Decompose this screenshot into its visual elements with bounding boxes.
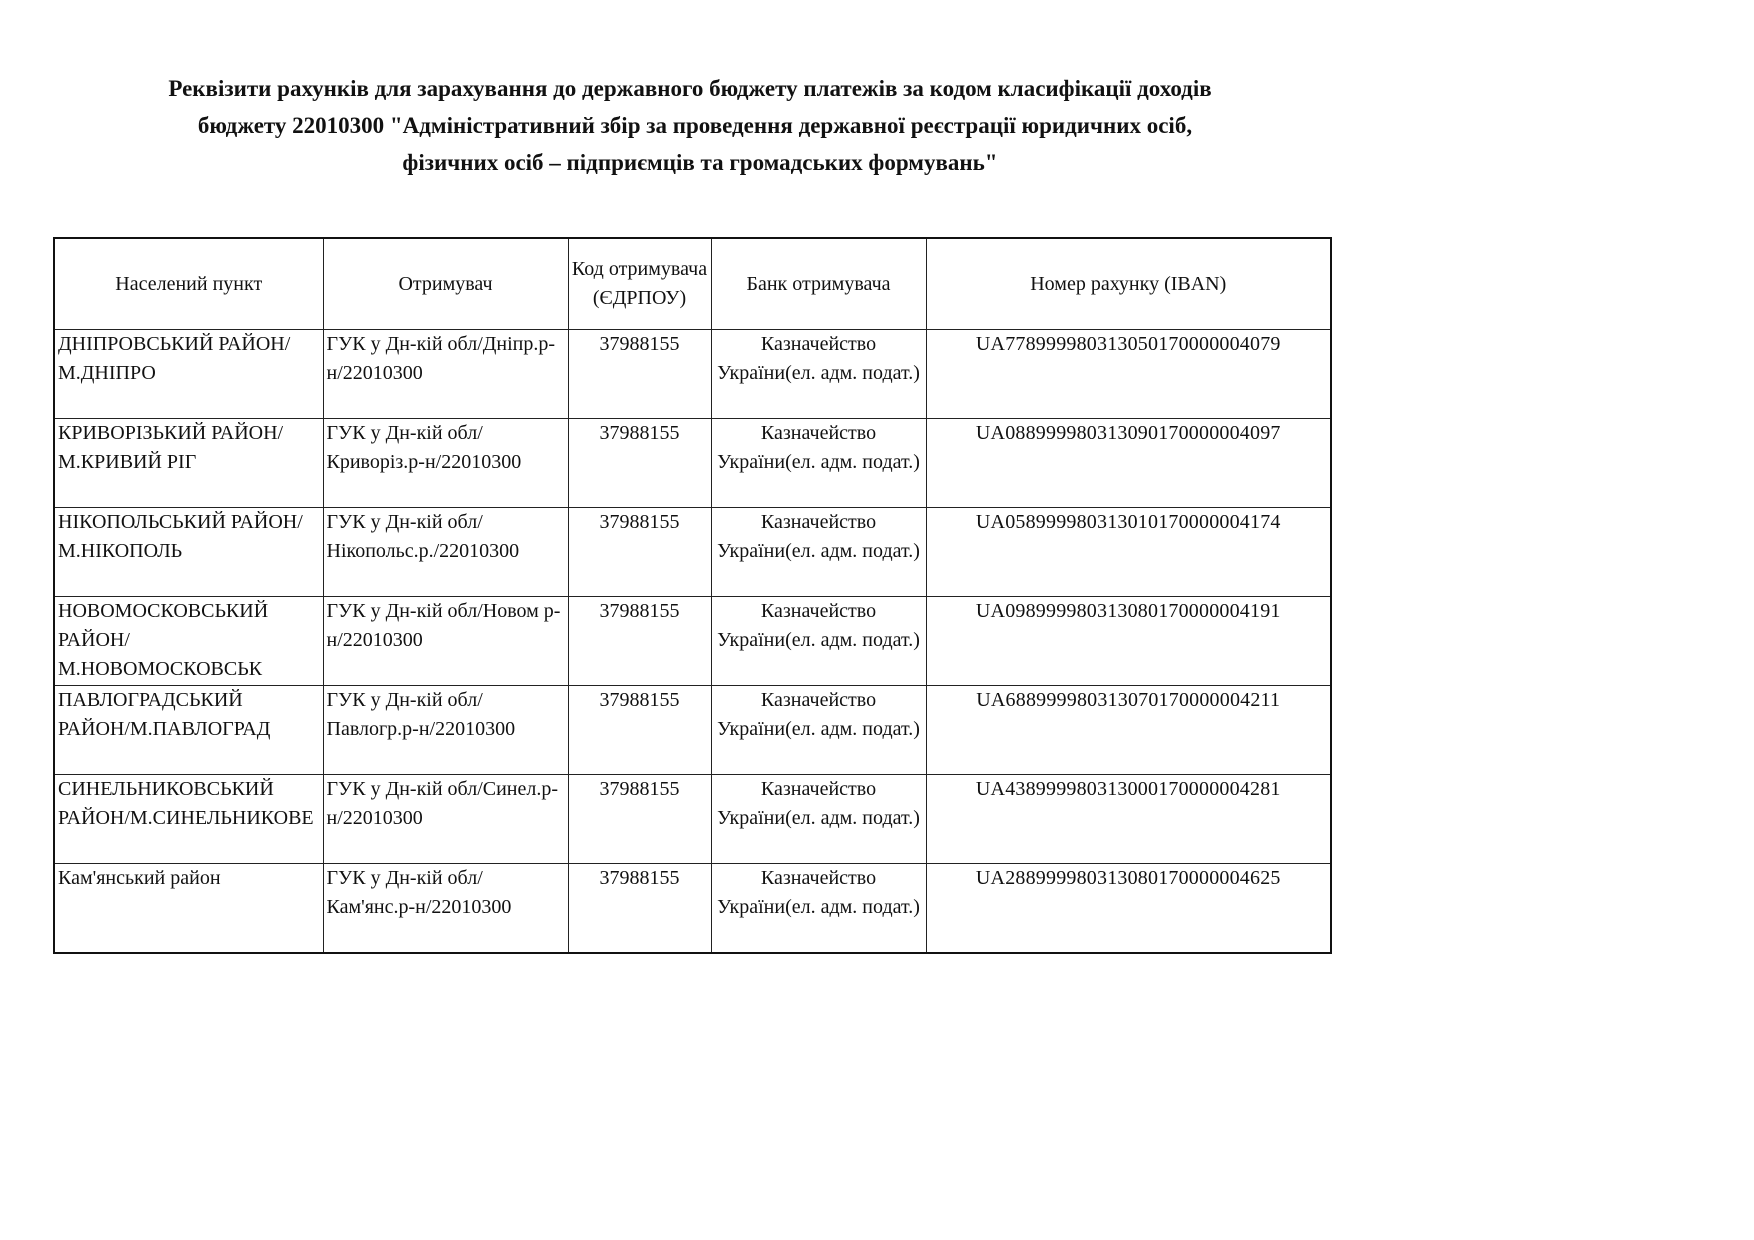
- cell-locality: НОВОМОСКОВСЬКИЙ РАЙОН/М.НОВОМОСКОВСЬК: [54, 597, 323, 686]
- cell-iban: UA288999980313080170000004625: [926, 864, 1331, 954]
- cell-locality: КРИВОРІЗЬКИЙ РАЙОН/М.КРИВИЙ РІГ: [54, 419, 323, 508]
- cell-recipient: ГУК у Дн-кій обл/Кам'янс.р-н/22010300: [323, 864, 568, 954]
- cell-code: 37988155: [568, 597, 711, 686]
- table-row: НОВОМОСКОВСЬКИЙ РАЙОН/М.НОВОМОСКОВСЬК ГУ…: [54, 597, 1331, 686]
- cell-bank: Казначейство України(ел. адм. подат.): [711, 775, 926, 864]
- cell-recipient: ГУК у Дн-кій обл/Новом р-н/22010300: [323, 597, 568, 686]
- cell-bank: Казначейство України(ел. адм. подат.): [711, 330, 926, 419]
- table-row: СИНЕЛЬНИКОВСЬКИЙ РАЙОН/М.СИНЕЛЬНИКОВЕ ГУ…: [54, 775, 1331, 864]
- cell-iban: UA438999980313000170000004281: [926, 775, 1331, 864]
- table-row: Кам'янський район ГУК у Дн-кій обл/Кам'я…: [54, 864, 1331, 954]
- cell-bank: Казначейство України(ел. адм. подат.): [711, 419, 926, 508]
- cell-code: 37988155: [568, 686, 711, 775]
- header-recipient: Отримувач: [323, 238, 568, 330]
- table-header-row: Населений пункт Отримувач Код отримувача…: [54, 238, 1331, 330]
- cell-recipient: ГУК у Дн-кій обл/Дніпр.р-н/22010300: [323, 330, 568, 419]
- cell-code: 37988155: [568, 775, 711, 864]
- header-locality: Населений пункт: [54, 238, 323, 330]
- cell-locality: НІКОПОЛЬСЬКИЙ РАЙОН/М.НІКОПОЛЬ: [54, 508, 323, 597]
- cell-recipient: ГУК у Дн-кій обл/Павлогр.р-н/22010300: [323, 686, 568, 775]
- cell-bank: Казначейство України(ел. адм. подат.): [711, 508, 926, 597]
- table-row: ПАВЛОГРАДСЬКИЙ РАЙОН/М.ПАВЛОГРАД ГУК у Д…: [54, 686, 1331, 775]
- cell-iban: UA098999980313080170000004191: [926, 597, 1331, 686]
- cell-recipient: ГУК у Дн-кій обл/Синел.р-н/22010300: [323, 775, 568, 864]
- accounts-table: Населений пункт Отримувач Код отримувача…: [53, 237, 1332, 954]
- cell-iban: UA058999980313010170000004174: [926, 508, 1331, 597]
- cell-code: 37988155: [568, 330, 711, 419]
- table-row: КРИВОРІЗЬКИЙ РАЙОН/М.КРИВИЙ РІГ ГУК у Дн…: [54, 419, 1331, 508]
- cell-locality: ПАВЛОГРАДСЬКИЙ РАЙОН/М.ПАВЛОГРАД: [54, 686, 323, 775]
- title-line-1: Реквізити рахунків для зарахування до де…: [60, 70, 1320, 107]
- cell-iban: UA088999980313090170000004097: [926, 419, 1331, 508]
- cell-locality: СИНЕЛЬНИКОВСЬКИЙ РАЙОН/М.СИНЕЛЬНИКОВЕ: [54, 775, 323, 864]
- header-iban: Номер рахунку (IBAN): [926, 238, 1331, 330]
- cell-recipient: ГУК у Дн-кій обл/Нікопольс.р./22010300: [323, 508, 568, 597]
- document-title: Реквізити рахунків для зарахування до де…: [60, 70, 1320, 181]
- title-line-2: бюджету 22010300 "Адміністративний збір …: [60, 107, 1320, 144]
- table-row: ДНІПРОВСЬКИЙ РАЙОН/М.ДНІПРО ГУК у Дн-кій…: [54, 330, 1331, 419]
- cell-bank: Казначейство України(ел. адм. подат.): [711, 864, 926, 954]
- cell-iban: UA688999980313070170000004211: [926, 686, 1331, 775]
- cell-bank: Казначейство України(ел. адм. подат.): [711, 597, 926, 686]
- header-bank: Банк отримувача: [711, 238, 926, 330]
- table-row: НІКОПОЛЬСЬКИЙ РАЙОН/М.НІКОПОЛЬ ГУК у Дн-…: [54, 508, 1331, 597]
- cell-iban: UA778999980313050170000004079: [926, 330, 1331, 419]
- cell-bank: Казначейство України(ел. адм. подат.): [711, 686, 926, 775]
- cell-recipient: ГУК у Дн-кій обл/Криворіз.р-н/22010300: [323, 419, 568, 508]
- cell-code: 37988155: [568, 419, 711, 508]
- cell-locality: ДНІПРОВСЬКИЙ РАЙОН/М.ДНІПРО: [54, 330, 323, 419]
- header-code: Код отримувача (ЄДРПОУ): [568, 238, 711, 330]
- cell-locality: Кам'янський район: [54, 864, 323, 954]
- cell-code: 37988155: [568, 508, 711, 597]
- title-line-3: фізичних осіб – підприємців та громадськ…: [60, 144, 1320, 181]
- cell-code: 37988155: [568, 864, 711, 954]
